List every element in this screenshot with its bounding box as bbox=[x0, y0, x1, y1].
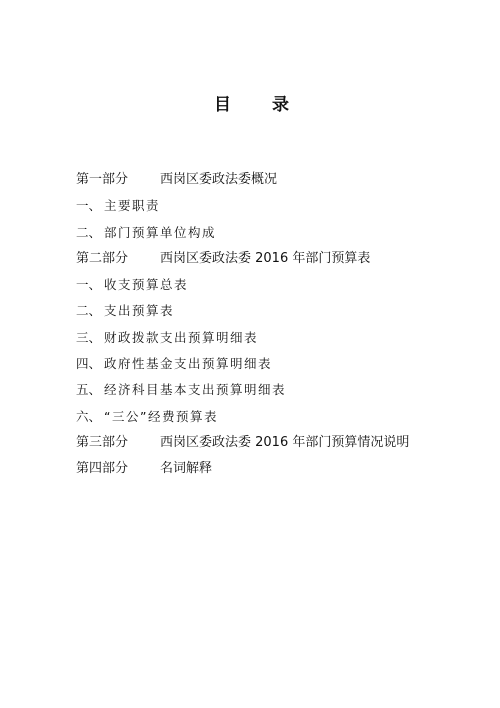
toc-text: 支出预算表 bbox=[104, 301, 174, 327]
toc-text: 西岗区委政法委 2016 年部门预算表 bbox=[160, 249, 370, 275]
toc-label: 第三部分 bbox=[76, 433, 160, 459]
toc-item[interactable]: 三、 财政拨款支出预算明细表 bbox=[76, 328, 409, 354]
toc-item[interactable]: 六、 “三公”经费预算表 bbox=[76, 407, 409, 433]
toc-label: 五、 bbox=[76, 380, 104, 406]
toc-label: 一、 bbox=[76, 275, 104, 301]
toc-label: 六、 bbox=[76, 407, 104, 433]
title-char-2: 录 bbox=[272, 90, 289, 115]
toc-text: 名词解释 bbox=[160, 459, 212, 485]
toc-item[interactable]: 二、 支出预算表 bbox=[76, 301, 409, 327]
toc-item[interactable]: 四、 政府性基金支出预算明细表 bbox=[76, 354, 409, 380]
toc-label: 第一部分 bbox=[76, 170, 160, 196]
toc-part-2[interactable]: 第二部分 西岗区委政法委 2016 年部门预算表 bbox=[76, 249, 409, 275]
toc-label: 第二部分 bbox=[76, 249, 160, 275]
toc-label: 三、 bbox=[76, 328, 104, 354]
toc-text: 主要职责 bbox=[104, 196, 160, 222]
toc-label: 一、 bbox=[76, 196, 104, 222]
toc-part-3[interactable]: 第三部分 西岗区委政法委 2016 年部门预算情况说明 bbox=[76, 433, 409, 459]
toc-label: 四、 bbox=[76, 354, 104, 380]
toc-label: 第四部分 bbox=[76, 459, 160, 485]
toc-text: 收支预算总表 bbox=[104, 275, 188, 301]
toc-item[interactable]: 二、 部门预算单位构成 bbox=[76, 223, 409, 249]
toc-part-4[interactable]: 第四部分 名词解释 bbox=[76, 459, 409, 485]
toc-label: 二、 bbox=[76, 301, 104, 327]
toc-item[interactable]: 一、 收支预算总表 bbox=[76, 275, 409, 301]
title-char-1: 目 bbox=[214, 90, 231, 115]
toc-text: “三公”经费预算表 bbox=[104, 407, 218, 433]
toc-text: 财政拨款支出预算明细表 bbox=[104, 328, 258, 354]
toc-item[interactable]: 五、 经济科目基本支出预算明细表 bbox=[76, 380, 409, 406]
toc-item[interactable]: 一、 主要职责 bbox=[76, 196, 409, 222]
table-of-contents: 第一部分 西岗区委政法委概况 一、 主要职责 二、 部门预算单位构成 第二部分 … bbox=[76, 170, 409, 486]
toc-text: 政府性基金支出预算明细表 bbox=[104, 354, 272, 380]
toc-text: 西岗区委政法委 2016 年部门预算情况说明 bbox=[160, 433, 409, 459]
toc-text: 部门预算单位构成 bbox=[104, 223, 216, 249]
toc-text: 经济科目基本支出预算明细表 bbox=[104, 380, 286, 406]
toc-label: 二、 bbox=[76, 223, 104, 249]
toc-part-1[interactable]: 第一部分 西岗区委政法委概况 bbox=[76, 170, 409, 196]
toc-text: 西岗区委政法委概况 bbox=[160, 170, 277, 196]
